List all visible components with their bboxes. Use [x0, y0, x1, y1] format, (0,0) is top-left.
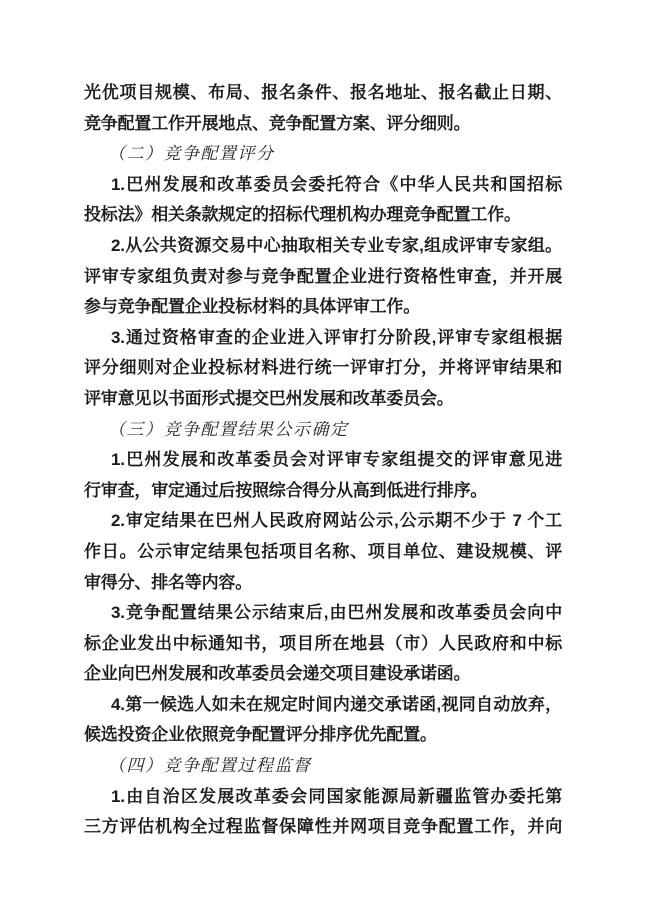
text-line: 评分细则对企业投标材料进行统一评审打分，并将评审结果和	[84, 353, 562, 384]
text-line: 3.通过资格审查的企业进入评审打分阶段,评审专家组根据	[84, 323, 562, 354]
text-line: 2.从公共资源交易中心抽取相关专业专家,组成评审专家组。	[84, 231, 562, 262]
text-line: 1.由自治区发展改革委会同国家能源局新疆监管办委托第	[84, 782, 562, 813]
text-line: 光优项目规模、布局、报名条件、报名地址、报名截止日期、	[84, 78, 562, 109]
text-line: 3.竞争配置结果公示结束后,由巴州发展和改革委员会向中	[84, 598, 562, 629]
document-lines: 光优项目规模、布局、报名条件、报名地址、报名截止日期、竞争配置工作开展地点、竞争…	[84, 78, 562, 843]
text-line: 1.巴州发展和改革委员会对评审专家组提交的评审意见进	[84, 445, 562, 476]
text-line: 评审意见以书面形式提交巴州发展和改革委员会。	[84, 384, 562, 415]
text-line: 1.巴州发展和改革委员会委托符合《中华人民共和国招标	[84, 170, 562, 201]
document-page: 光优项目规模、布局、报名条件、报名地址、报名截止日期、竞争配置工作开展地点、竞争…	[84, 78, 562, 843]
text-line: 4.第一候选人如未在规定时间内递交承诺函,视同自动放弃，	[84, 690, 562, 721]
section-heading: （二）竞争配置评分	[84, 139, 562, 170]
text-line: 参与竞争配置企业投标材料的具体评审工作。	[84, 292, 562, 323]
text-line: 候选投资企业依照竞争配置评分排序优先配置。	[84, 720, 562, 751]
text-line: 投标法》相关条款规定的招标代理机构办理竞争配置工作。	[84, 200, 562, 231]
text-line: 作日。公示审定结果包括项目名称、项目单位、建设规模、评	[84, 537, 562, 568]
text-line: 标企业发出中标通知书，项目所在地县（市）人民政府和中标	[84, 629, 562, 660]
text-line: 行审查，审定通过后按照综合得分从高到低进行排序。	[84, 476, 562, 507]
text-line: 企业向巴州发展和改革委员会递交项目建设承诺函。	[84, 659, 562, 690]
text-line: 评审专家组负责对参与竞争配置企业进行资格性审查，并开展	[84, 262, 562, 293]
section-heading: （三）竞争配置结果公示确定	[84, 415, 562, 446]
section-heading: （四）竞争配置过程监督	[84, 751, 562, 782]
document-screenshot: { "page": { "background_color": "#ffffff…	[0, 0, 650, 919]
text-line: 竞争配置工作开展地点、竞争配置方案、评分细则。	[84, 109, 562, 140]
text-line: 审得分、排名等内容。	[84, 568, 562, 599]
text-line: 三方评估机构全过程监督保障性并网项目竞争配置工作，并向	[84, 812, 562, 843]
text-line: 2.审定结果在巴州人民政府网站公示,公示期不少于 7 个工	[84, 506, 562, 537]
